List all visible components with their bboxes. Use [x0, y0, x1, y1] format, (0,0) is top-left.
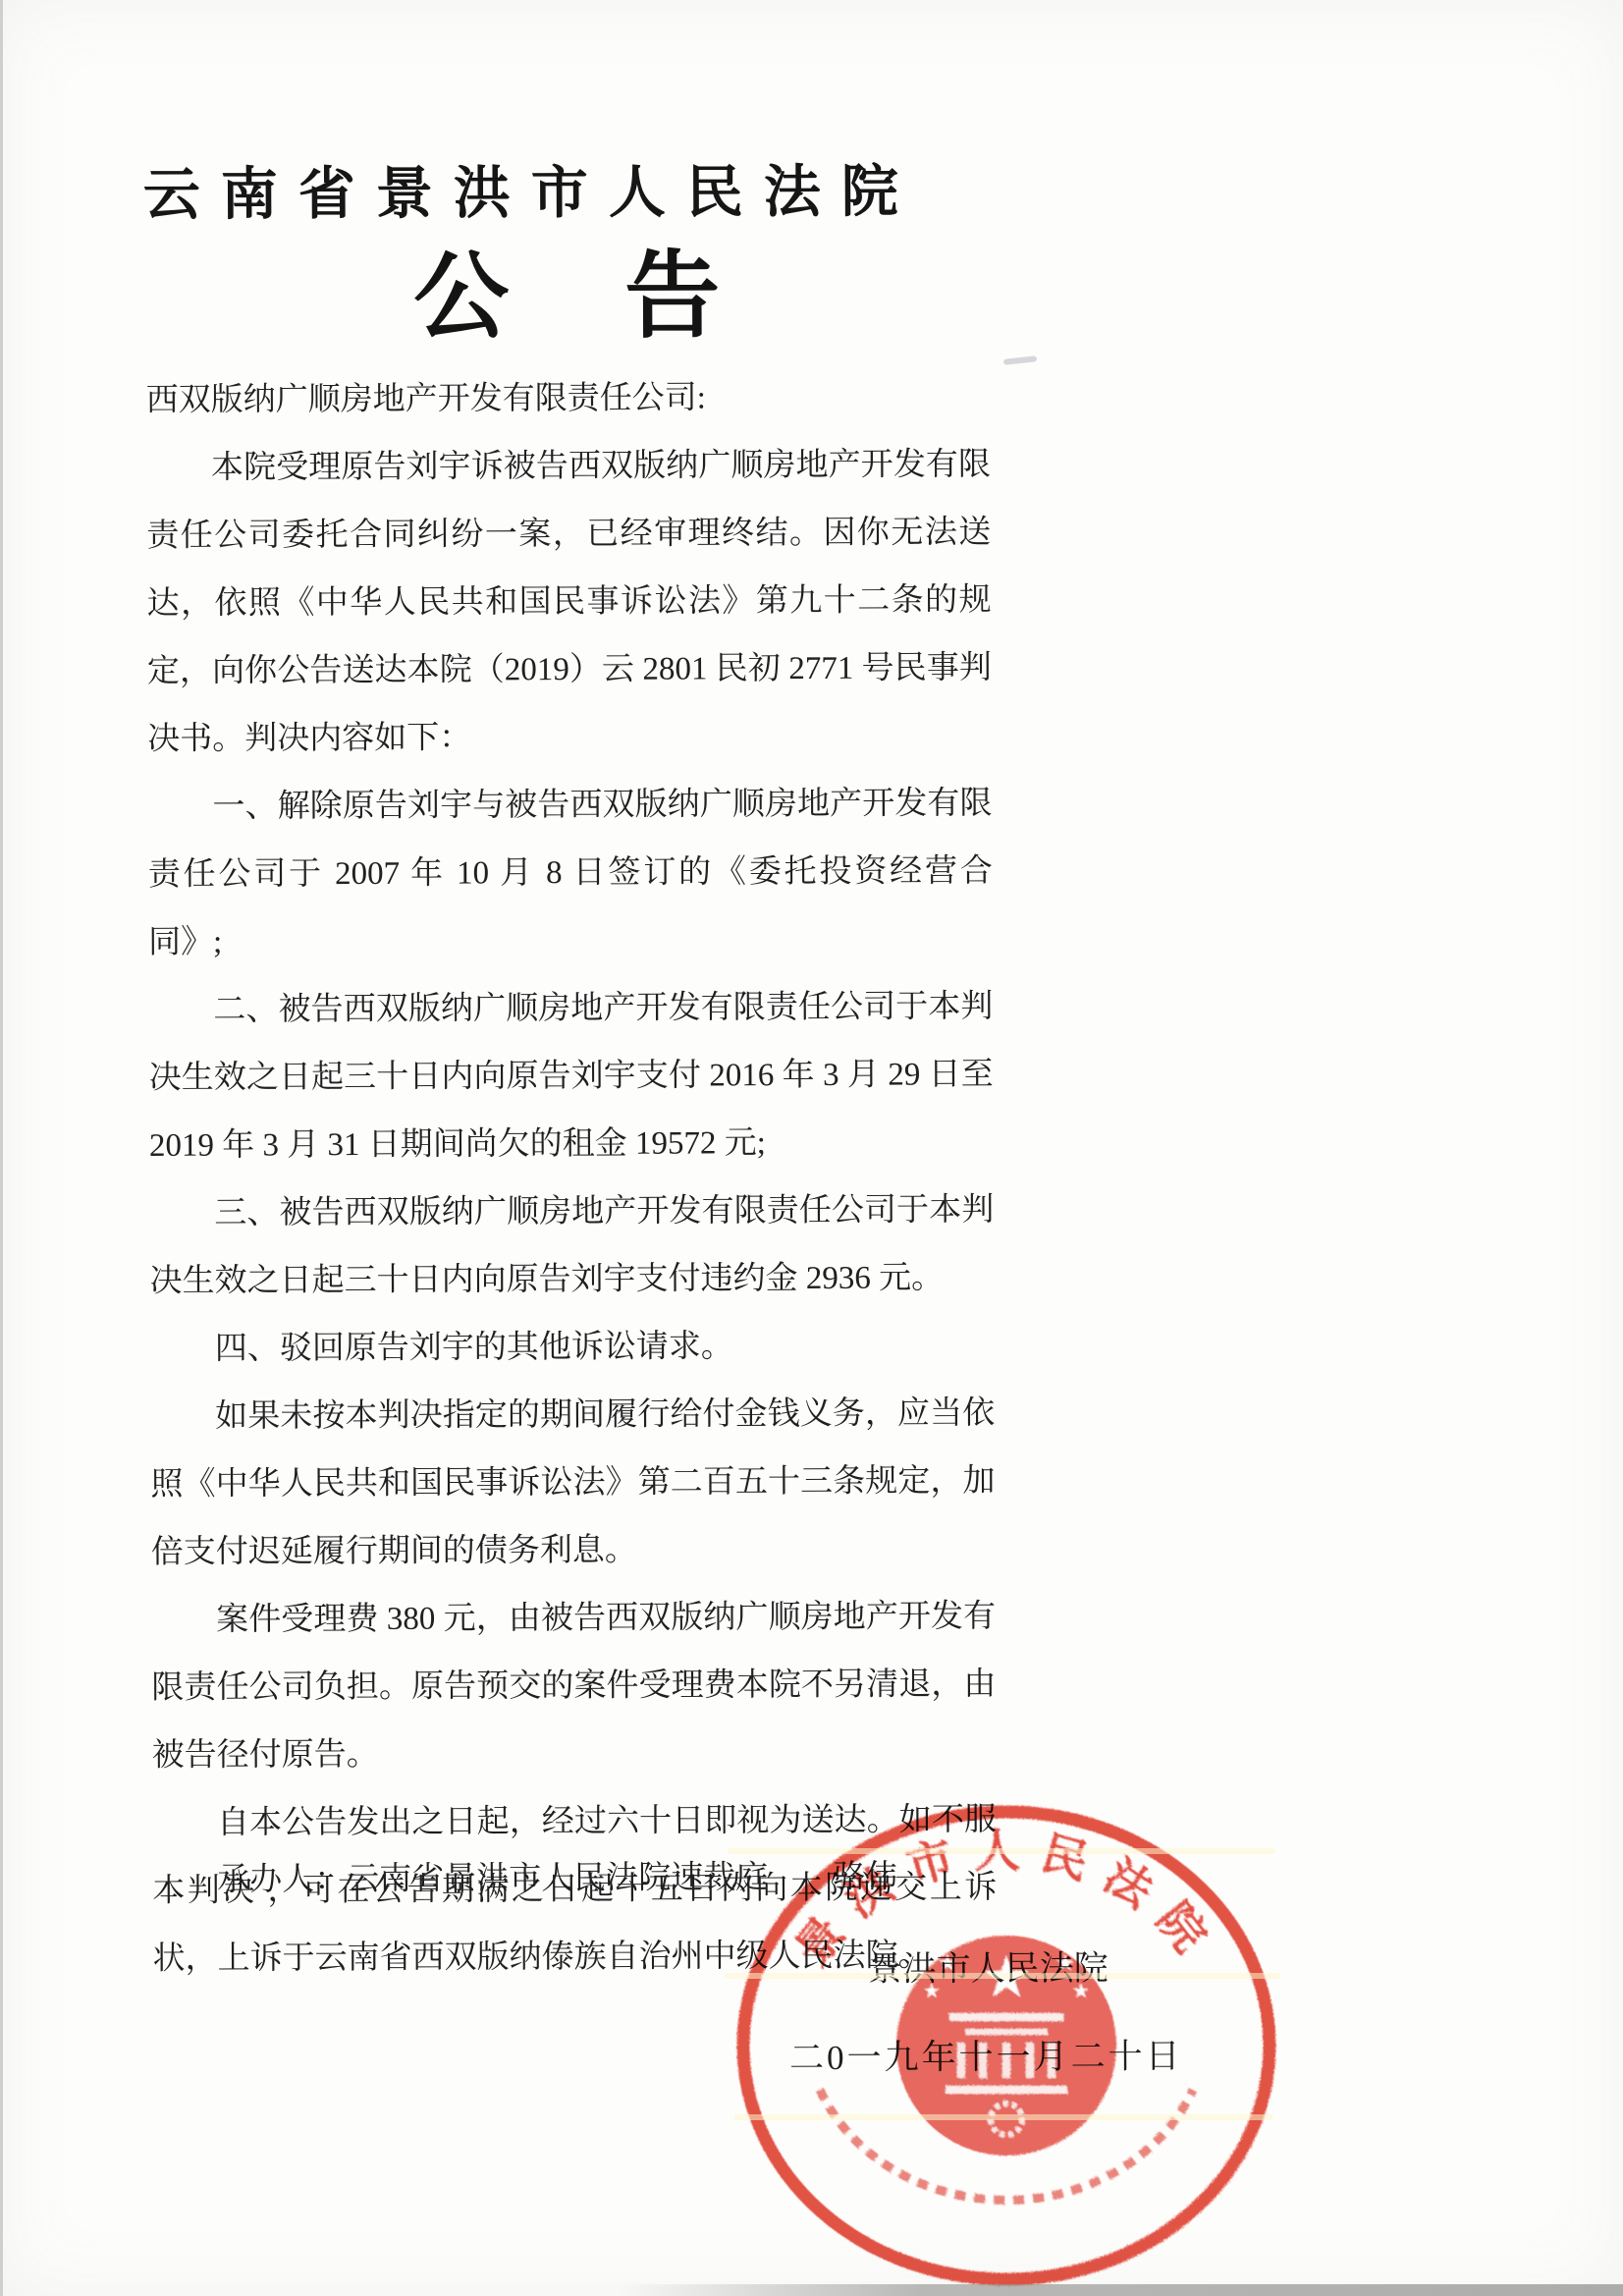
- svg-text:★: ★: [981, 1943, 1032, 2010]
- body-paragraph: 三、被告西双版纳广顺房地产开发有限责任公司于本判决生效之日起三十日内向原告刘宇支…: [149, 1176, 995, 1316]
- scan-edge-bottom: [619, 2284, 1623, 2296]
- body-paragraph: 本院受理原告刘宇诉被告西双版纳广顺房地产开发有限责任公司委托合同纠纷一案，已经审…: [146, 431, 992, 774]
- body-paragraph: 如果未按本判决指定的期间履行给付金钱义务，应当依照《中华人民共和国民事诉讼法》第…: [150, 1380, 996, 1587]
- body-paragraph: 四、驳回原告刘宇的其他诉讼请求。: [150, 1312, 995, 1384]
- scanned-court-notice-page: 云南省景洪市人民法院 公告 西双版纳广顺房地产开发有限责任公司: 本院受理原告刘…: [0, 0, 1623, 2296]
- svg-text:★: ★: [923, 1979, 941, 2002]
- svg-text:★: ★: [1072, 1979, 1090, 2002]
- document-body: 西双版纳广顺房地产开发有限责任公司: 本院受理原告刘宇诉被告西双版纳广顺房地产开…: [146, 363, 998, 1994]
- body-paragraph: 一、解除原告刘宇与被告西双版纳广顺房地产开发有限责任公司于 2007 年 10 …: [147, 770, 993, 977]
- court-seal-stamp: 景洪市人民法院 ★ ★ ★ ★ ★: [722, 1795, 1291, 2296]
- addressee-line: 西双版纳广顺房地产开发有限责任公司:: [146, 363, 991, 435]
- body-paragraphs: 本院受理原告刘宇诉被告西双版纳广顺房地产开发有限责任公司委托合同纠纷一案，已经审…: [146, 431, 998, 1994]
- svg-text:★: ★: [1055, 1951, 1075, 1976]
- national-emblem-icon: ★ ★ ★ ★ ★: [896, 1936, 1116, 2156]
- scan-edge-left: [0, 0, 3, 2296]
- body-paragraph: 二、被告西双版纳广顺房地产开发有限责任公司于本判决生效之日起三十日内向原告刘宇支…: [148, 973, 994, 1180]
- svg-text:★: ★: [938, 1951, 957, 1976]
- body-paragraph: 案件受理费 380 元，由被告西双版纳广顺房地产开发有限责任公司负担。原告预交的…: [151, 1583, 997, 1790]
- notice-title: 公告: [413, 218, 837, 357]
